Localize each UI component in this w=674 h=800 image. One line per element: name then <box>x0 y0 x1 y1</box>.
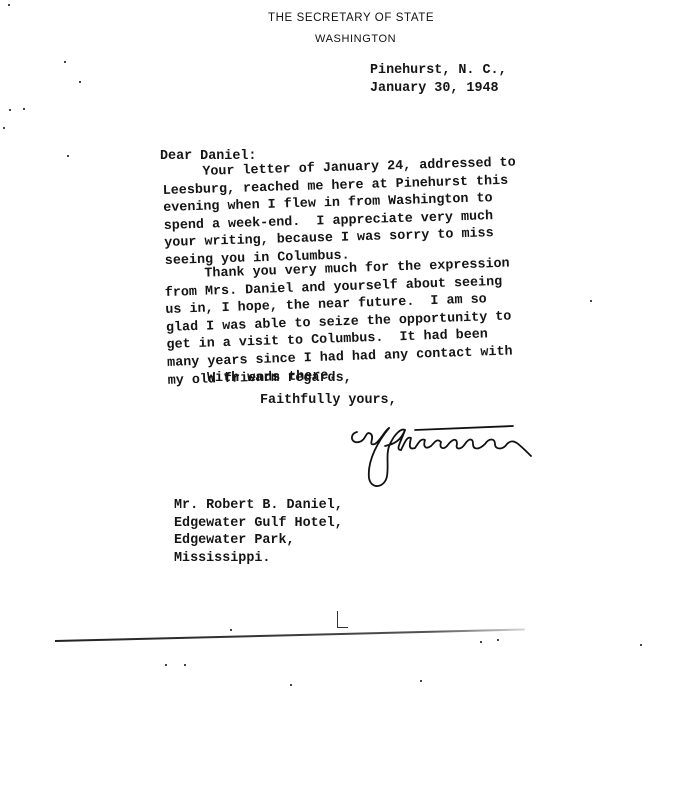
scan-speck <box>184 664 186 666</box>
scan-speck <box>497 639 499 641</box>
body-paragraph-1: Your letter of January 24, addressed to … <box>162 155 519 271</box>
scan-speck <box>79 81 81 83</box>
scan-speck <box>590 300 592 302</box>
scan-speck <box>420 680 422 682</box>
scan-speck <box>480 641 482 643</box>
letterhead-city: WASHINGTON <box>315 33 396 45</box>
recipient-address: Mr. Robert B. Daniel, Edgewater Gulf Hot… <box>174 497 343 567</box>
recipient-line: Mississippi. <box>174 551 270 566</box>
scan-speck <box>9 109 11 111</box>
recipient-line: Edgewater Park, <box>174 533 295 548</box>
scan-speck <box>230 629 232 631</box>
scan-speck <box>165 664 167 666</box>
scan-speck <box>3 127 5 129</box>
recipient-line: Edgewater Gulf Hotel, <box>174 516 343 531</box>
scan-speck <box>290 684 292 686</box>
place-date: Pinehurst, N. C., January 30, 1948 <box>370 62 507 97</box>
signature-icon <box>345 420 545 495</box>
scan-speck <box>8 4 10 6</box>
horizontal-rule <box>55 629 525 642</box>
bracket-mark <box>337 611 348 628</box>
place-line: Pinehurst, N. C., <box>370 63 507 78</box>
letterhead-title: THE SECRETARY OF STATE <box>268 12 434 24</box>
date-line: January 30, 1948 <box>370 81 499 96</box>
scan-speck <box>64 61 66 63</box>
scan-speck <box>23 108 25 110</box>
scan-speck <box>67 155 69 157</box>
scan-speck <box>640 644 642 646</box>
closing: With warm regards, <box>207 370 352 388</box>
signoff: Faithfully yours, <box>260 392 397 410</box>
recipient-line: Mr. Robert B. Daniel, <box>174 498 343 513</box>
